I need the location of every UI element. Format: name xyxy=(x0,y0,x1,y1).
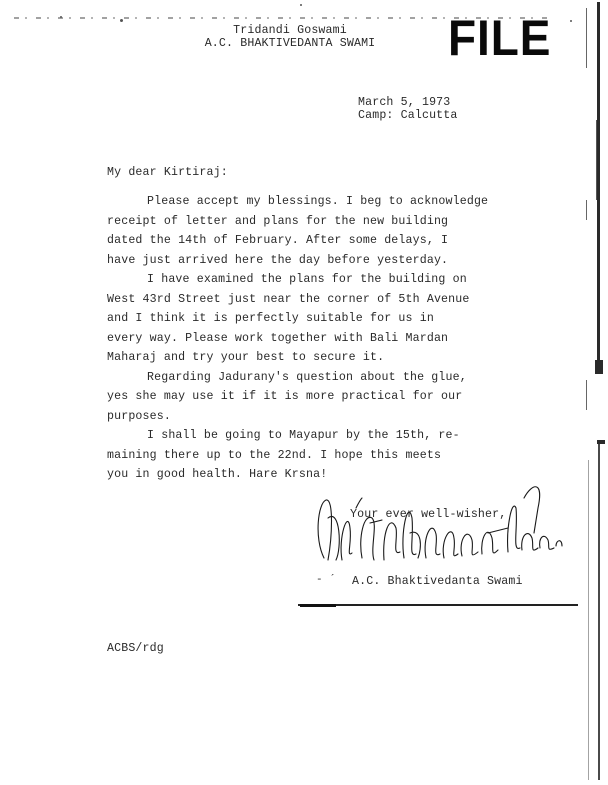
paragraph: I have examined the plans for the buildi… xyxy=(107,270,547,368)
closing: Your ever well-wisher, xyxy=(350,508,506,521)
handwritten-signature xyxy=(312,478,582,573)
scan-speck xyxy=(60,16,62,18)
letterhead: Tridandi Goswami A.C. BHAKTIVEDANTA SWAM… xyxy=(190,24,390,50)
reference-initials: ACBS/rdg xyxy=(107,642,164,655)
letterhead-title: Tridandi Goswami xyxy=(190,24,390,37)
letter-date: March 5, 1973 xyxy=(358,96,458,109)
paragraph: I shall be going to Mayapur by the 15th,… xyxy=(107,426,547,485)
letter-page: Tridandi Goswami A.C. BHAKTIVEDANTA SWAM… xyxy=(0,0,608,785)
scan-speck xyxy=(570,20,572,22)
scan-speck xyxy=(300,4,302,6)
paragraph: Please accept my blessings. I beg to ack… xyxy=(107,192,547,270)
horizontal-rule xyxy=(298,604,578,606)
paragraph: Regarding Jadurany's question about the … xyxy=(107,368,547,427)
dateline: March 5, 1973 Camp: Calcutta xyxy=(358,96,458,122)
signatory-name: A.C. Bhaktivedanta Swami xyxy=(352,575,523,588)
salutation: My dear Kirtiraj: xyxy=(107,166,228,179)
letterhead-name: A.C. BHAKTIVEDANTA SWAMI xyxy=(190,37,390,50)
horizontal-rule-accent xyxy=(300,604,336,607)
scan-edge-artifact xyxy=(580,0,608,785)
letter-place: Camp: Calcutta xyxy=(358,109,458,122)
letter-body: Please accept my blessings. I beg to ack… xyxy=(107,192,547,485)
scan-mark: - ´ xyxy=(316,574,336,586)
file-stamp: FILE xyxy=(448,13,551,63)
scan-speck xyxy=(120,19,123,22)
